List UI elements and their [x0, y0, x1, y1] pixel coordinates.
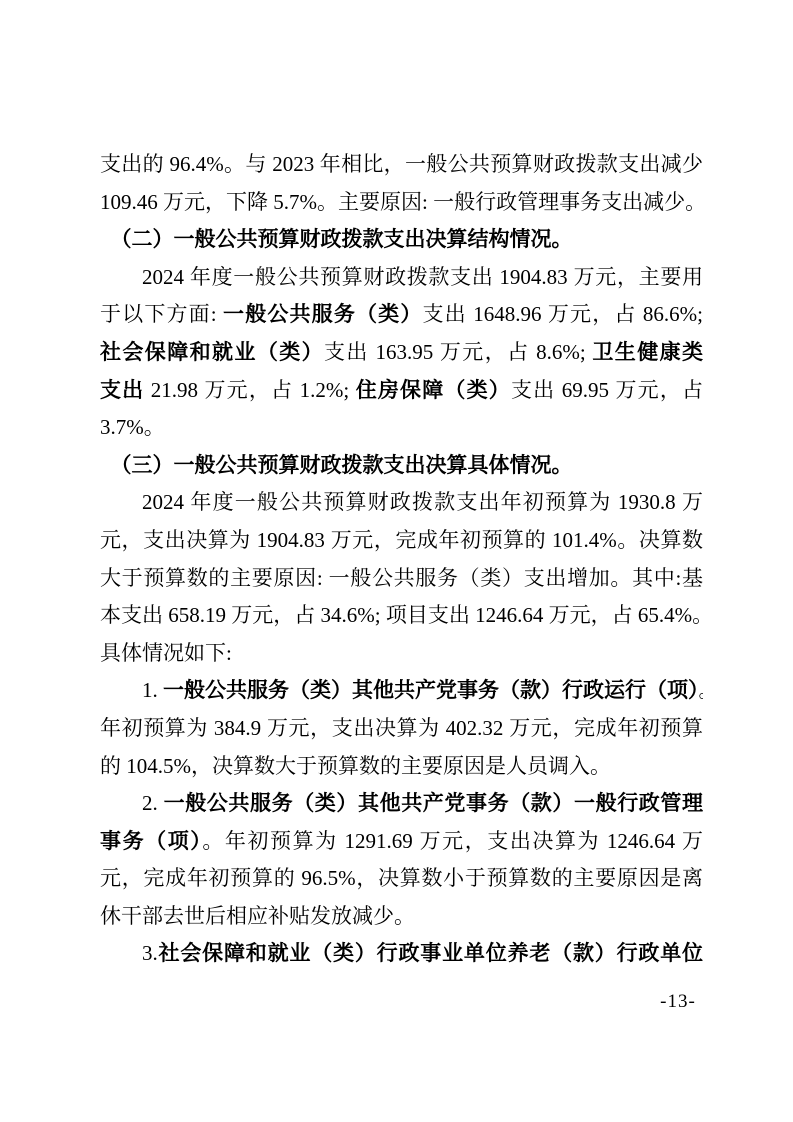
text-segment: 年初预算为 384.9 万元，支出决算为 402.32 万元，完成年初预算 [100, 716, 703, 740]
text-line: 元，支出决算为 1904.83 万元，完成年初预算的 101.4%。决算数 [100, 522, 703, 560]
text-segment: 的 104.5%，决算数大于预算数的主要原因是人员调入。 [100, 754, 611, 778]
text-segment: 社会保障和就业（类） [100, 340, 324, 364]
text-segment: 21.98 万元，占 1.2%; [144, 378, 355, 402]
text-line: 2. 一般公共服务（类）其他共产党事务（款）一般行政管理 [100, 785, 703, 823]
text-line: 年初预算为 384.9 万元，支出决算为 402.32 万元，完成年初预算 [100, 710, 703, 748]
text-segment: 支出 69.95 万元，占 [511, 378, 703, 402]
text-segment: 具体情况如下: [100, 641, 232, 665]
text-line: （二）一般公共预算财政拨款支出决算结构情况。 [100, 221, 703, 259]
text-line: 支出的 96.4%。与 2023 年相比，一般公共预算财政拨款支出减少 [100, 146, 703, 184]
text-line: 大于预算数的主要原因: 一般公共服务（类）支出增加。其中:基 [100, 560, 703, 598]
text-segment: 大于预算数的主要原因: 一般公共服务（类）支出增加。其中:基 [100, 566, 703, 590]
text-line: 1. 一般公共服务（类）其他共产党事务（款）行政运行（项）。 [100, 672, 703, 710]
text-line: 2024 年度一般公共预算财政拨款支出年初预算为 1930.8 万 [100, 484, 703, 522]
text-segment: 事务（项） [100, 829, 202, 853]
text-line: 109.46 万元，下降 5.7%。主要原因: 一般行政管理事务支出减少。 [100, 184, 703, 222]
text-line: 本支出 658.19 万元，占 34.6%; 项目支出 1246.64 万元，占… [100, 597, 703, 635]
text-line: 休干部去世后相应补贴发放减少。 [100, 898, 703, 936]
text-segment: 支出的 96.4%。与 2023 年相比，一般公共预算财政拨款支出减少 [100, 152, 703, 176]
text-segment: 本支出 658.19 万元，占 34.6%; 项目支出 1246.64 万元，占… [100, 603, 703, 627]
text-line: 支出 21.98 万元，占 1.2%; 住房保障（类）支出 69.95 万元，占 [100, 372, 703, 410]
text-segment: 2. [142, 791, 164, 815]
text-segment: 3.7%。 [100, 415, 165, 439]
text-line: 2024 年度一般公共预算财政拨款支出 1904.83 万元，主要用 [100, 259, 703, 297]
text-segment: 休干部去世后相应补贴发放减少。 [100, 904, 415, 928]
text-line: 3.7%。 [100, 409, 703, 447]
page-number: -13- [648, 991, 708, 1013]
text-segment: 支出 1648.96 万元，占 86.6%; [422, 302, 703, 326]
text-segment: 元，完成年初预算的 96.5%，决算数小于预算数的主要原因是离 [100, 866, 703, 890]
text-line: （三）一般公共预算财政拨款支出决算具体情况。 [100, 447, 703, 485]
text-line: 于以下方面: 一般公共服务（类）支出 1648.96 万元，占 86.6%; [100, 296, 703, 334]
text-segment: 支出 163.95 万元，占 8.6%; [324, 340, 592, 364]
text-segment: 109.46 万元，下降 5.7%。主要原因: 一般行政管理事务支出减少。 [100, 190, 703, 214]
text-segment: 一般公共服务（类）其他共产党事务（款）一般行政管理 [164, 791, 703, 815]
text-segment: 2024 年度一般公共预算财政拨款支出 1904.83 万元，主要用 [142, 265, 703, 289]
text-segment: 2024 年度一般公共预算财政拨款支出年初预算为 1930.8 万 [142, 490, 703, 514]
text-segment: （二）一般公共预算财政拨款支出决算结构情况。 [111, 227, 573, 251]
text-segment: 。 [699, 678, 704, 702]
text-segment: 元，支出决算为 1904.83 万元，完成年初预算的 101.4%。决算数 [100, 528, 703, 552]
text-line: 的 104.5%，决算数大于预算数的主要原因是人员调入。 [100, 748, 703, 786]
text-line: 事务（项）。年初预算为 1291.69 万元，支出决算为 1246.64 万 [100, 823, 703, 861]
text-line: 具体情况如下: [100, 635, 703, 673]
text-segment: 于以下方面: [100, 302, 223, 326]
text-segment: 社会保障和就业（类）行政事业单位养老（款）行政单位 [158, 941, 703, 965]
text-segment: 3. [142, 941, 158, 965]
text-segment: 住房保障（类） [356, 378, 511, 402]
text-line: 社会保障和就业（类）支出 163.95 万元，占 8.6%; 卫生健康类 [100, 334, 703, 372]
text-line: 3.社会保障和就业（类）行政事业单位养老（款）行政单位 [100, 935, 703, 973]
text-segment: 1. [142, 678, 163, 702]
page-content: 支出的 96.4%。与 2023 年相比，一般公共预算财政拨款支出减少109.4… [100, 146, 703, 973]
text-line: 元，完成年初预算的 96.5%，决算数小于预算数的主要原因是离 [100, 860, 703, 898]
text-segment: 。年初预算为 1291.69 万元，支出决算为 1246.64 万 [202, 829, 703, 853]
text-segment: 一般公共服务（类） [223, 302, 422, 326]
text-segment: 一般公共服务（类）其他共产党事务（款）行政运行（项） [163, 678, 699, 702]
document-page: 支出的 96.4%。与 2023 年相比，一般公共预算财政拨款支出减少109.4… [0, 0, 793, 1122]
text-segment: （三）一般公共预算财政拨款支出决算具体情况。 [111, 453, 573, 477]
text-segment: 支出 [100, 378, 144, 402]
text-segment: 卫生健康类 [592, 340, 703, 364]
